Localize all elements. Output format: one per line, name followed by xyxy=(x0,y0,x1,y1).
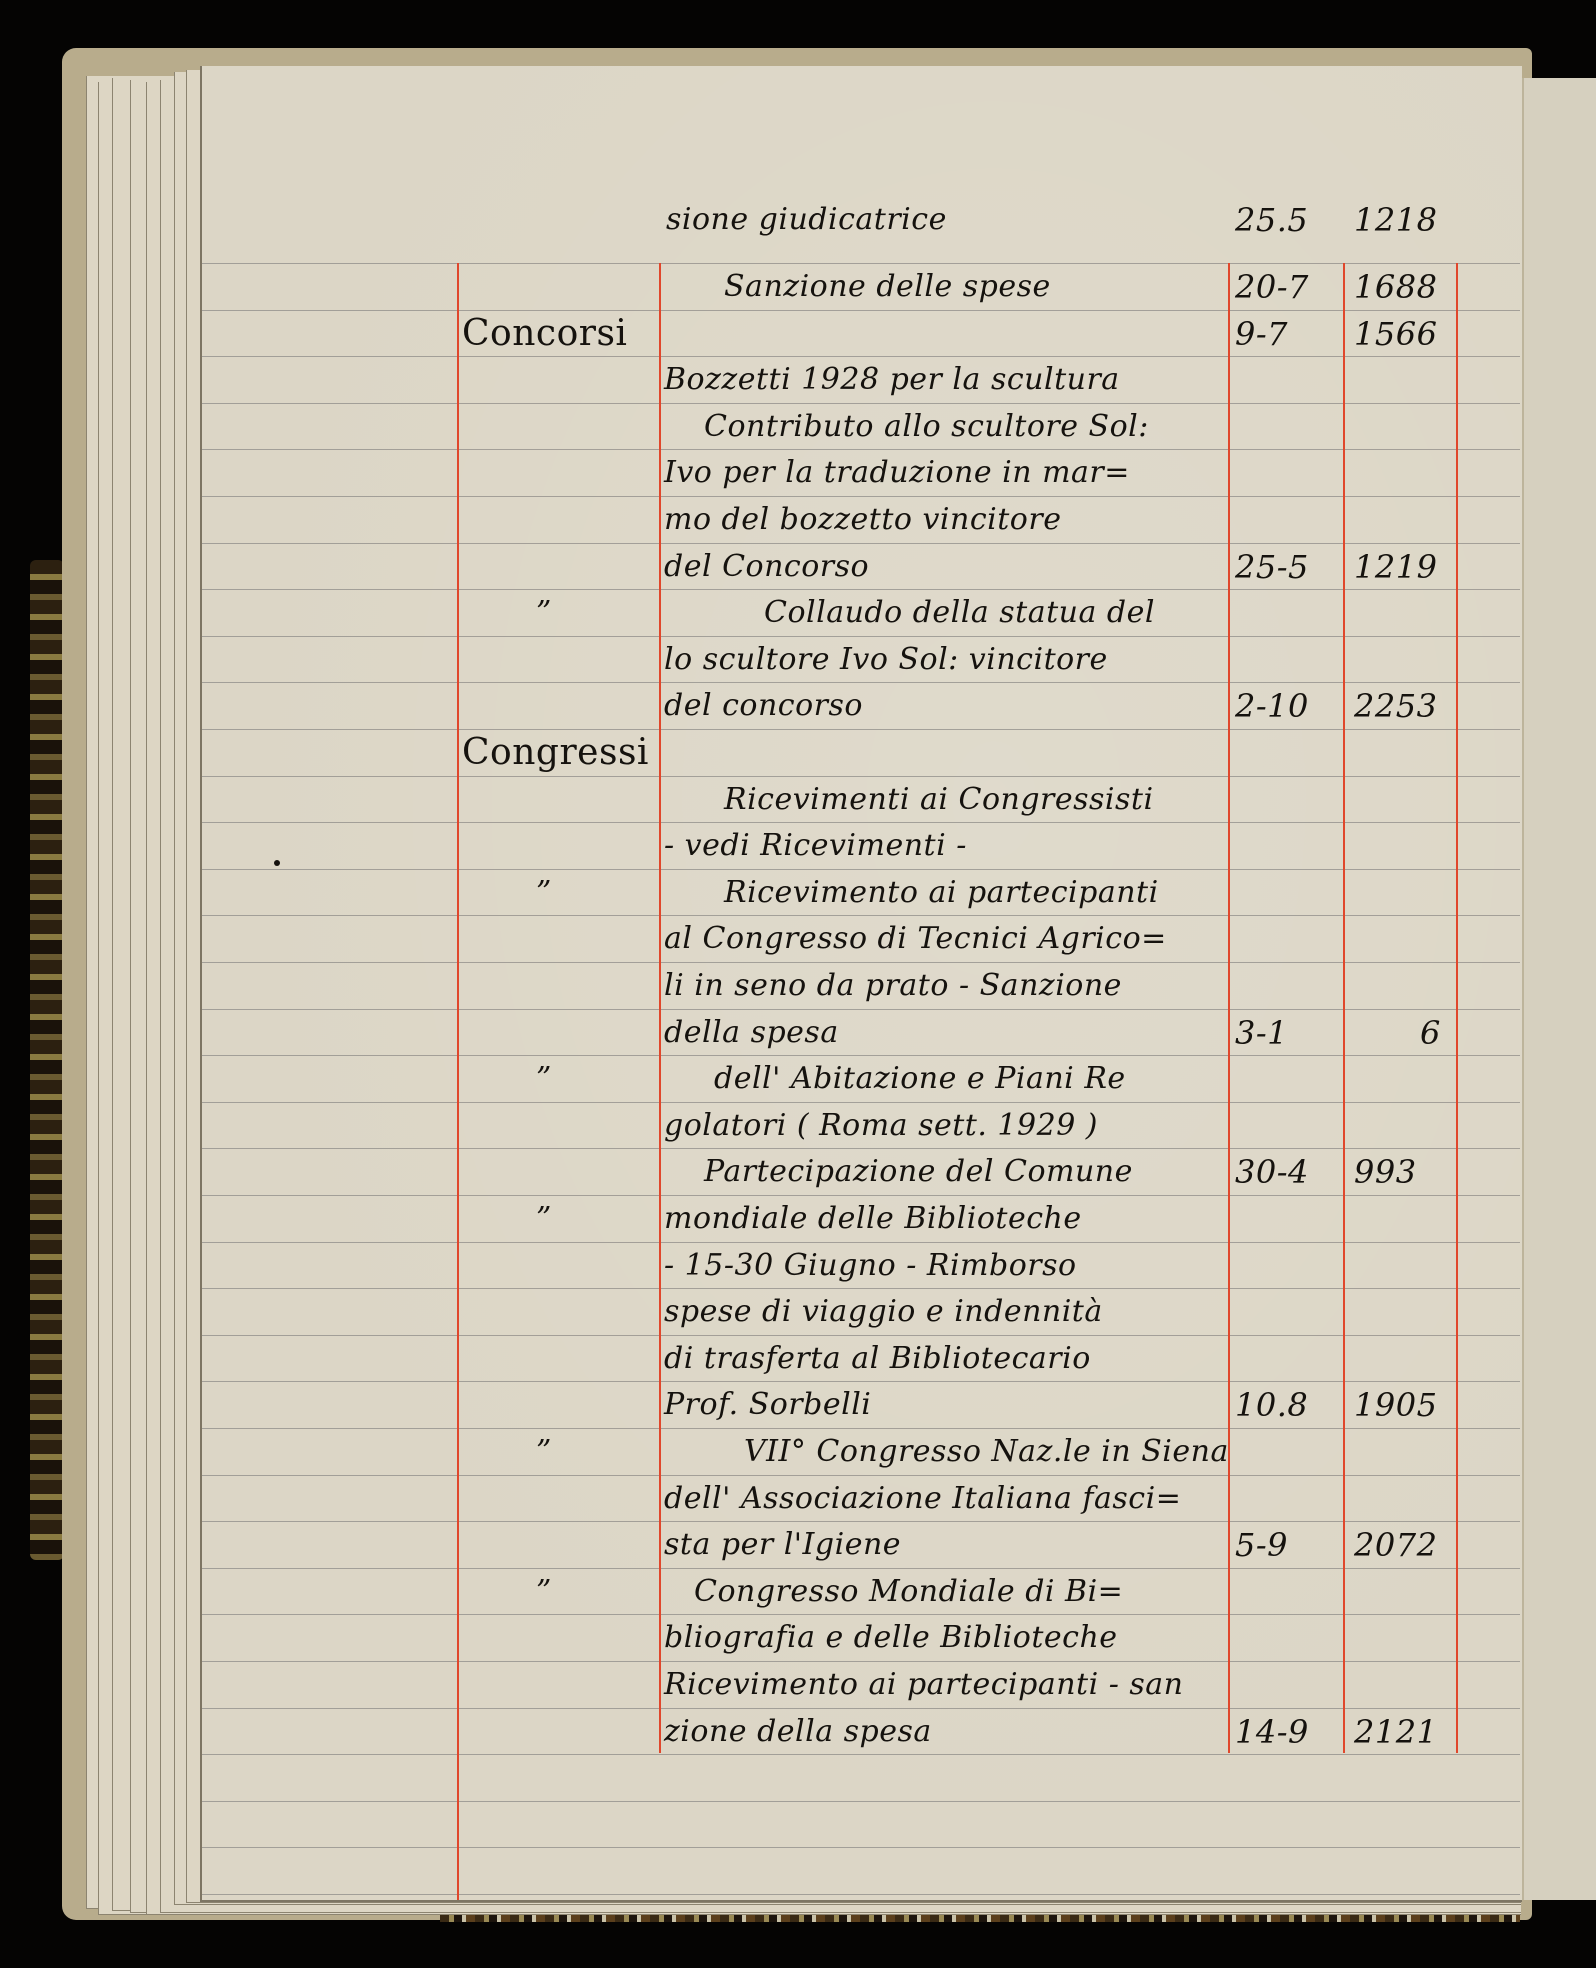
ruled-line xyxy=(202,1242,1520,1243)
entry-text: del Concorso xyxy=(664,547,869,587)
ruled-line xyxy=(202,1708,1520,1709)
ruled-line xyxy=(202,403,1520,404)
ruled-line xyxy=(202,1568,1520,1569)
entry-number: 993 xyxy=(1354,1152,1417,1192)
entry-date: 9-7 xyxy=(1235,314,1288,354)
entry-text: - 15-30 Giugno - Rimborso xyxy=(664,1246,1077,1286)
entry-number: 1688 xyxy=(1354,267,1437,307)
ruled-line xyxy=(202,1475,1520,1476)
ruled-line xyxy=(202,1195,1520,1196)
ruled-line xyxy=(202,1521,1520,1522)
entry-text: Bozzetti 1928 per la scultura xyxy=(664,360,1120,400)
entry-number: 1218 xyxy=(1354,200,1437,240)
entry-text: li in seno da prato - Sanzione xyxy=(664,966,1122,1006)
entry-text: Contributo allo scultore Sol: xyxy=(704,407,1149,447)
ruled-line xyxy=(202,776,1520,777)
entry-text: sta per l'Igiene xyxy=(664,1525,901,1565)
ruled-line xyxy=(202,496,1520,497)
entry-text: - vedi Ricevimenti - xyxy=(664,826,967,866)
entry-text: Sanzione delle spese xyxy=(724,267,1051,307)
section-heading: Concorsi xyxy=(462,314,627,354)
entry-text: mo del bozzetto vincitore xyxy=(664,500,1061,540)
ruled-line xyxy=(202,962,1520,963)
entry-text: mondiale delle Biblioteche xyxy=(664,1199,1082,1239)
red-rule-left-margin xyxy=(457,263,459,1900)
entry-text: Partecipazione del Comune xyxy=(704,1152,1133,1192)
ruled-line xyxy=(202,1894,1520,1895)
ruled-line xyxy=(202,263,1520,264)
entry-text: di trasferta al Bibliotecario xyxy=(664,1339,1091,1379)
entry-text: golatori ( Roma sett. 1929 ) xyxy=(664,1106,1098,1146)
entry-text: dell' Abitazione e Piani Re xyxy=(714,1059,1126,1099)
ruled-line xyxy=(202,1847,1520,1848)
ruled-line xyxy=(202,869,1520,870)
entry-text: bliografia e delle Biblioteche xyxy=(664,1618,1118,1658)
book-cover-marbled-edge xyxy=(30,560,64,1560)
entry-text: Ricevimenti ai Congressisti xyxy=(724,780,1154,820)
ditto-mark: ” xyxy=(536,1432,552,1472)
ditto-mark: ” xyxy=(536,1572,552,1612)
entry-number: 6 xyxy=(1420,1013,1441,1053)
section-heading: Congressi xyxy=(462,733,649,773)
ruled-line xyxy=(202,1801,1520,1802)
entry-number: 2121 xyxy=(1354,1712,1437,1752)
entry-number: 1905 xyxy=(1354,1385,1437,1425)
ruled-line xyxy=(202,356,1520,357)
entry-text: Ricevimento ai partecipanti xyxy=(724,873,1159,913)
ruled-line xyxy=(202,822,1520,823)
facing-page-edge xyxy=(1522,78,1596,1900)
ruled-line xyxy=(202,1102,1520,1103)
entry-number: 1566 xyxy=(1354,314,1437,354)
ink-dot xyxy=(274,860,280,866)
ruled-line xyxy=(202,449,1520,450)
ruled-line xyxy=(202,1148,1520,1149)
red-rule-number-column xyxy=(1343,263,1345,1753)
entry-date: 20-7 xyxy=(1235,267,1309,307)
ditto-mark: ” xyxy=(536,593,552,633)
ruled-line xyxy=(202,1428,1520,1429)
entry-text: dell' Associazione Italiana fasci= xyxy=(664,1479,1181,1519)
entry-text: Collaudo della statua del xyxy=(764,593,1155,633)
red-rule-heading-column xyxy=(659,263,661,1753)
entry-date: 30-4 xyxy=(1235,1152,1309,1192)
entry-date: 5-9 xyxy=(1235,1525,1288,1565)
ruled-line xyxy=(202,682,1520,683)
entry-text: VII° Congresso Naz.le in Siena xyxy=(744,1432,1229,1472)
entry-text: della spesa xyxy=(664,1013,839,1053)
entry-date: 25.5 xyxy=(1235,200,1308,240)
entry-number: 1219 xyxy=(1354,547,1437,587)
ditto-mark: ” xyxy=(536,1199,552,1239)
red-rule-date-column xyxy=(1228,263,1230,1753)
entry-text: zione della spesa xyxy=(664,1712,932,1752)
ruled-line xyxy=(202,589,1520,590)
ruled-line xyxy=(202,543,1520,544)
ruled-line xyxy=(202,1288,1520,1289)
ruled-line xyxy=(202,915,1520,916)
ditto-mark: ” xyxy=(536,873,552,913)
entry-number: 2253 xyxy=(1354,686,1437,726)
entry-date: 3-1 xyxy=(1235,1013,1288,1053)
ruled-line xyxy=(202,310,1520,311)
entry-date: 25-5 xyxy=(1235,547,1309,587)
ruled-line xyxy=(202,1661,1520,1662)
entry-date: 2-10 xyxy=(1235,686,1309,726)
entry-text: sione giudicatrice xyxy=(666,200,947,240)
ruled-line xyxy=(202,1381,1520,1382)
entry-text: spese di viaggio e indennità xyxy=(664,1292,1103,1332)
entry-text: lo scultore Ivo Sol: vincitore xyxy=(664,640,1108,680)
ruled-line xyxy=(202,1055,1520,1056)
ruled-line xyxy=(202,636,1520,637)
entry-text: Congresso Mondiale di Bi= xyxy=(694,1572,1123,1612)
ruled-line xyxy=(202,1009,1520,1010)
ruled-line xyxy=(202,729,1520,730)
entry-date: 14-9 xyxy=(1235,1712,1309,1752)
ruled-line xyxy=(202,1614,1520,1615)
ruled-line xyxy=(202,1754,1520,1755)
ruled-line xyxy=(202,1335,1520,1336)
red-rule-right-column xyxy=(1456,263,1458,1753)
entry-text: Ivo per la traduzione in mar= xyxy=(664,453,1130,493)
entry-number: 2072 xyxy=(1354,1525,1437,1565)
entry-text: del concorso xyxy=(664,686,863,726)
entry-text: al Congresso di Tecnici Agrico= xyxy=(664,919,1167,959)
entry-text: Ricevimento ai partecipanti - san xyxy=(664,1665,1183,1705)
entry-text: Prof. Sorbelli xyxy=(664,1385,871,1425)
ditto-mark: ” xyxy=(536,1059,552,1099)
entry-date: 10.8 xyxy=(1235,1385,1308,1425)
